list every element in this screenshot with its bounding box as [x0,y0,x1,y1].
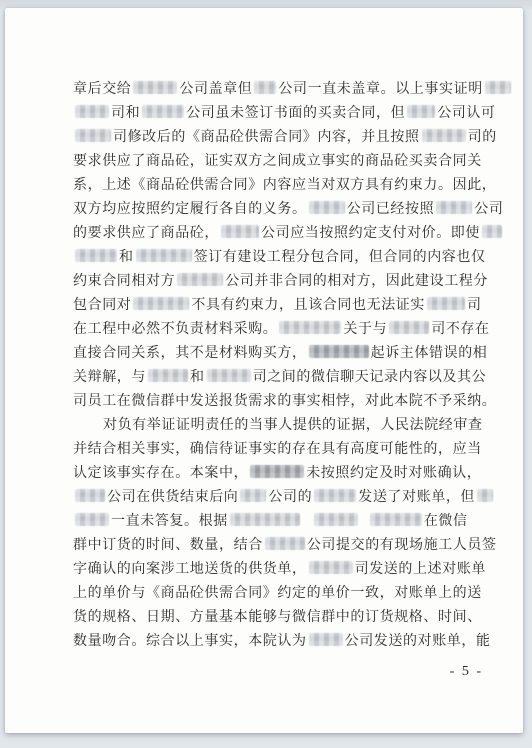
redaction-block [436,201,472,214]
text-line: 系，上述《商品砼供需合同》内容应当对双方具有约束力。因此， [73,174,509,198]
text-segment: 要求供应了商品砼，证实双方之间成立事实的商品砼买卖合同关 [73,154,482,169]
redaction-block [477,489,493,502]
text-segment: 上的单价与《商品砼供需合同》约定的单价一致，对账单上的送 [73,586,482,601]
redaction-block [482,225,502,238]
text-segment: 司和 [111,106,140,121]
redaction-block [133,81,177,94]
redaction-block [314,513,358,526]
text-segment: 字确认的向案涉工地送货的供货单， [73,562,307,577]
text-segment: 未按照约定及时对账确认， [306,466,481,481]
redaction-block [309,345,369,358]
text-segment: 签订有建设工程分包合同，但合同的内容也仅 [194,250,486,265]
redaction-block [422,129,466,142]
redaction-block [265,537,305,550]
text-segment: 和 [190,370,205,385]
text-segment: 司之间的微信聊天记录内容以及其公 [253,370,487,385]
redaction-block [309,201,345,214]
redaction-block [75,129,111,142]
text-line: 群中订货的时间、数量，结合公司提交的有现场施工人员签 [73,534,509,558]
text-line: 并结合相关事实，确信待证事实的存在具有高度可能性的，应当 [73,438,509,462]
text-segment: 公司一直未盖章。以上事实证明 [278,82,482,97]
text-line: 上的单价与《商品砼供需合同》约定的单价一致，对账单上的送 [73,582,509,606]
text-line: 关辩解，与和司之间的微信聊天记录内容以及其公 [73,366,509,390]
redaction-block [309,561,353,574]
redaction-block [370,513,422,526]
redaction-block [75,105,109,118]
redaction-block [142,105,184,118]
text-segment: 公司并非合同的相对方，因此建设工程分 [225,274,488,289]
text-line: 一直未答复。根据在微信 [73,510,509,534]
redaction-block [136,249,192,262]
judgment-body-text: 章后交给公司盖章但公司一直未盖章。以上事实证明司和公司虽未签订书面的买卖合同，但… [73,78,509,654]
text-segment: 约束合同相对方 [73,274,175,289]
text-segment: 公司的 [268,490,312,505]
text-segment: 在微信 [424,514,468,529]
text-line: 的要求供应了商品砼，公司应当按照约定支付对价。即使 [73,222,509,246]
text-segment: 并结合相关事实，确信待证事实的存在具有高度可能性的，应当 [73,442,482,457]
text-line: 包合同对不具有约束力，且该合同也无法证实司 [73,294,509,318]
text-line: 双方均应按照约定履行各自的义务。公司已经按照公司 [73,198,509,222]
scan-background: 章后交给公司盖章但公司一直未盖章。以上事实证明司和公司虽未签订书面的买卖合同，但… [0,0,532,748]
redaction-block [485,81,511,94]
text-segment: 公司认可 [437,106,495,121]
redaction-block [75,489,105,502]
text-line: 公司在供货结束后向公司的发送了对账单，但 [73,486,509,510]
redaction-block [133,297,189,310]
text-line: 约束合同相对方公司并非合同的相对方，因此建设工程分 [73,270,509,294]
text-segment: 司 [467,298,482,313]
redaction-block [427,297,465,310]
redaction-block [148,369,188,382]
text-segment: 司员工在微信群中发送报货需求的事实相悖，对此本院不予采纳。 [73,394,496,409]
gap-spacer [360,524,368,525]
text-line: 直接合同关系，其不是材料购买方，起诉主体错误的相 [73,342,509,366]
text-segment: 货的规格、日期、方量基本能够与微信群中的订货规格、时间、 [73,610,482,625]
text-segment: 包合同对 [73,298,131,313]
text-line: 司修改后的《商品砼供需合同》内容，并且按照司的 [73,126,509,150]
redaction-block [230,513,300,526]
text-segment: 司不存在 [431,322,489,337]
text-segment: 公司在供货结束后向 [107,490,238,505]
text-segment: 认定该事实存在。本案中， [73,466,248,481]
text-segment: 公司提交的有现场施工人员签 [307,538,497,553]
text-segment: 司发送的上述对账单 [355,562,486,577]
text-line: 在工程中必然不负责材料采购。关于与司不存在 [73,318,509,342]
text-line: 认定该事实存在。本案中，未按照约定及时对账确认， [73,462,509,486]
text-segment: 公司应当按照约定支付对价。即使 [261,226,480,241]
redaction-block [221,225,259,238]
page-number: - 5 - [450,664,483,680]
text-segment: 公司 [474,202,503,217]
redaction-block [75,513,109,526]
text-segment: 章后交给 [73,82,131,97]
text-segment: 数量吻合。综合以上事实，本院认为 [73,634,307,649]
redaction-block [240,489,266,502]
text-segment: 群中订货的时间、数量，结合 [73,538,263,553]
text-segment: 一直未答复。根据 [111,514,228,529]
text-segment: 不具有约束力，且该合同也无法证实 [191,298,425,313]
text-line: 要求供应了商品砼，证实双方之间成立事实的商品砼买卖合同关 [73,150,509,174]
redaction-block [254,81,276,94]
text-segment: 公司盖章但 [179,82,252,97]
text-line: 和签订有建设工程分包合同，但合同的内容也仅 [73,246,509,270]
text-line: 司员工在微信群中发送报货需求的事实相悖，对此本院不予采纳。 [73,390,509,414]
redaction-block [309,633,343,646]
text-segment: 司修改后的《商品砼供需合同》内容，并且按照 [113,130,420,145]
text-segment: 在工程中必然不负责材料采购。 [73,322,277,337]
gap-spacer [302,524,312,525]
document-page: 章后交给公司盖章但公司一直未盖章。以上事实证明司和公司虽未签订书面的买卖合同，但… [5,8,523,733]
text-segment: 公司虽未签订书面的买卖合同，但 [186,106,405,121]
redaction-block [407,105,435,118]
text-line: 货的规格、日期、方量基本能够与微信群中的订货规格、时间、 [73,606,509,630]
text-segment: 关辩解，与 [73,370,146,385]
redaction-block [75,249,117,262]
text-segment: 起诉主体错误的相 [371,346,488,361]
text-segment: 发送了对账单，但 [358,490,475,505]
text-segment: 关于与 [343,322,387,337]
redaction-block [314,489,356,502]
text-segment: 和 [119,250,134,265]
text-segment: 直接合同关系，其不是材料购买方， [73,346,307,361]
text-line: 对负有举证证明责任的当事人提供的证据，人民法院经审查 [73,414,509,438]
text-segment: 司的 [468,130,497,145]
text-segment: 公司发送的对账单，能 [345,634,491,649]
redaction-block [250,465,304,478]
text-line: 字确认的向案涉工地送货的供货单，司发送的上述对账单 [73,558,509,582]
text-segment: 公司已经按照 [347,202,435,217]
text-segment: 对负有举证证明责任的当事人提供的证据，人民法院经审查 [103,418,483,433]
text-segment: 双方均应按照约定履行各自的义务。 [73,202,307,217]
text-line: 章后交给公司盖章但公司一直未盖章。以上事实证明 [73,78,509,102]
text-line: 数量吻合。综合以上事实，本院认为公司发送的对账单，能 [73,630,509,654]
redaction-block [207,369,251,382]
text-segment: 系，上述《商品砼供需合同》内容应当对双方具有约束力。因此， [73,178,496,193]
text-line: 司和公司虽未签订书面的买卖合同，但公司认可 [73,102,509,126]
redaction-block [177,273,223,286]
redaction-block [279,321,341,334]
redaction-block [389,321,429,334]
text-segment: 的要求供应了商品砼， [73,226,219,241]
